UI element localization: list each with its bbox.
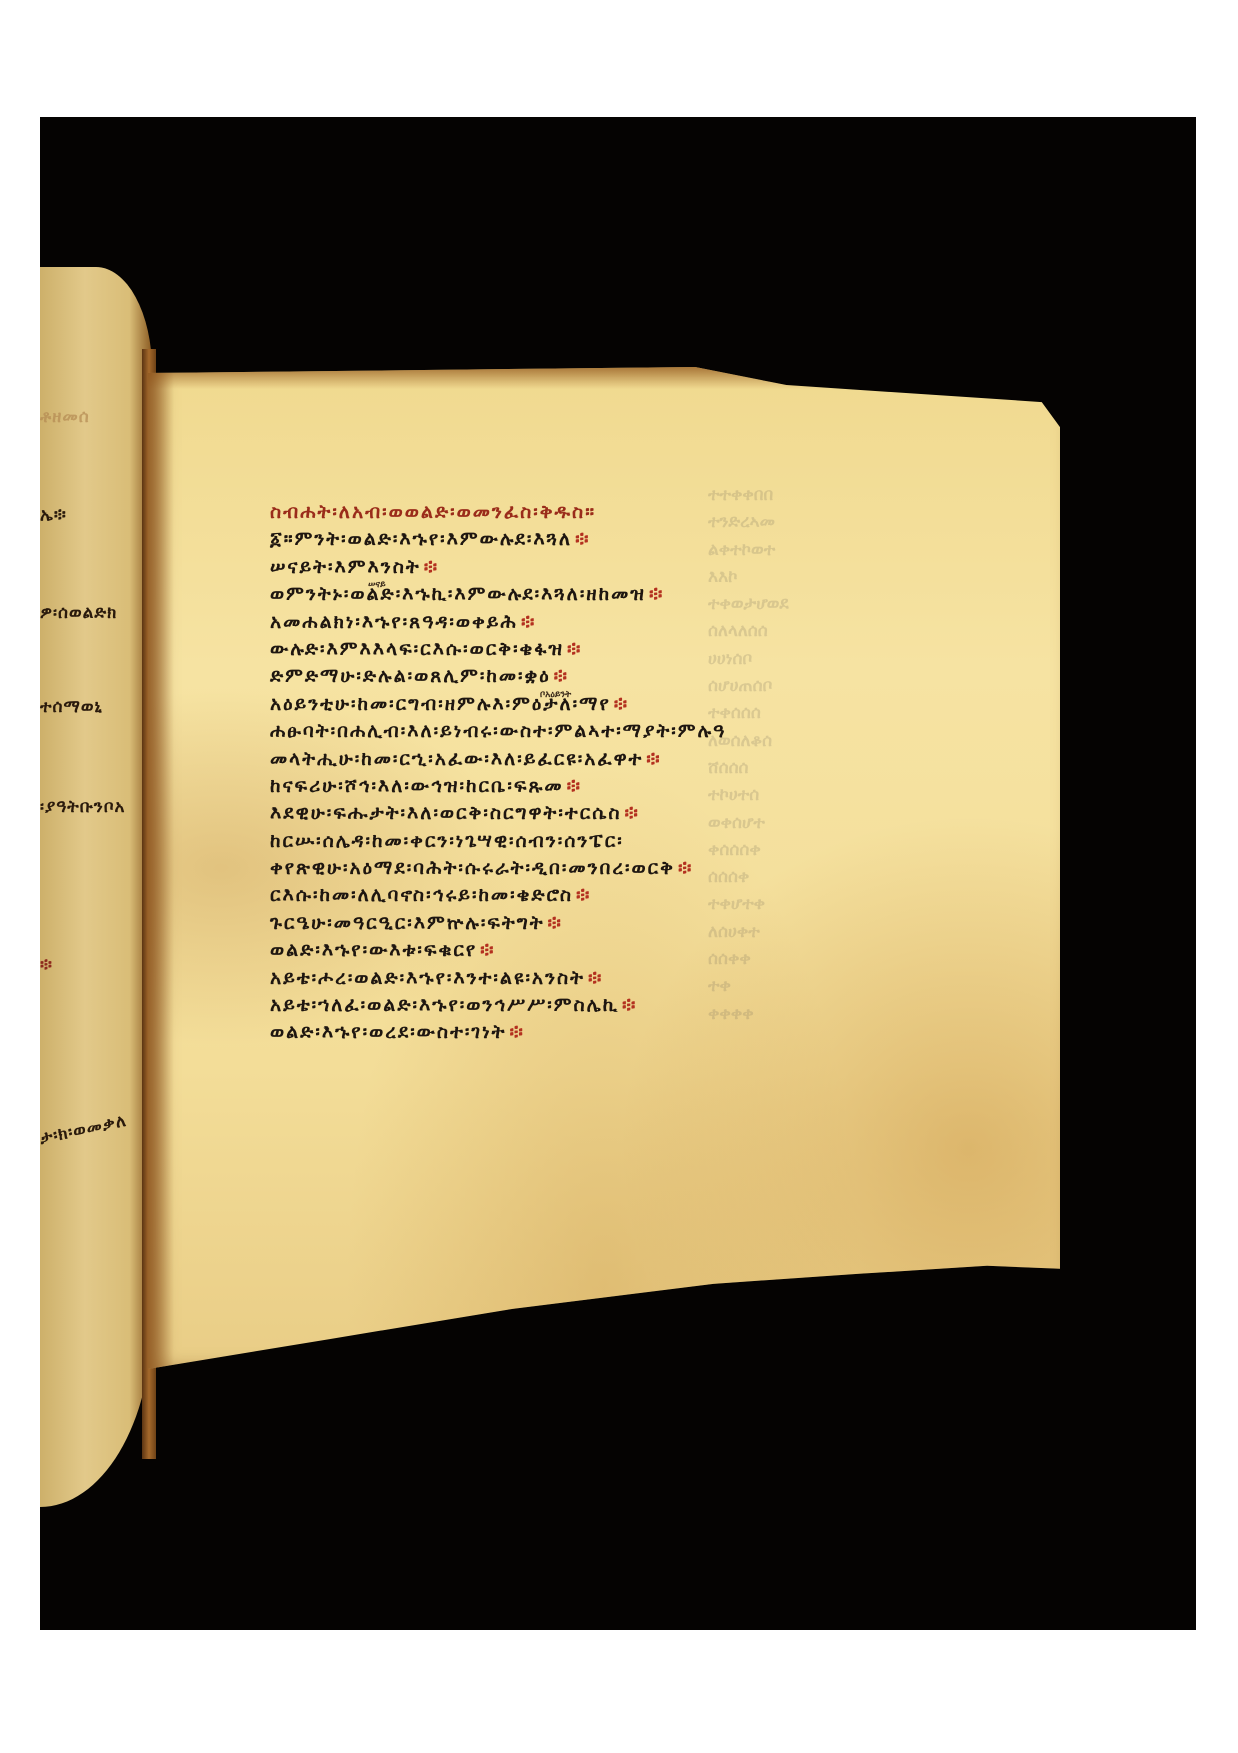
text-line: እደዊሁ፡ፍሑታት፡እለ፡ወርቅ፡ስርግዋት፡ተርሴስ፨ — [270, 800, 970, 827]
red-cross-mark-icon: ፨ — [646, 748, 661, 770]
red-cross-mark-icon: ፨ — [678, 857, 693, 879]
red-cross-mark-icon: ፨ — [548, 912, 563, 934]
left-page-fragment: ፨ — [40, 955, 53, 975]
rubric-heading: ስብሐት፡ለአብ፡ወወልድ፡ወመንፈስ፡ቅዱስ። — [270, 499, 970, 526]
text-line: አይቴ፡ሖረ፡ወልድ፡እኁየ፡እንተ፡ልዩ፡አንስት፨ — [270, 965, 970, 992]
photo-frame: ቶዘመሰ ኤ፨ ዎ፡ሰወልድክ ተሰማወኒ ፡ያዓትቡንቦአ ፨ ታ፡ክ፡ወመቃ… — [40, 117, 1196, 1630]
red-cross-mark-icon: ፨ — [624, 802, 639, 824]
red-cross-mark-icon: ፨ — [622, 994, 637, 1016]
line-text: ፩።ምንት፡ወልድ፡እኁየ፡እምውሉደ፡እጓለ — [270, 528, 572, 550]
line-text: ወልድ፡እኁየ፡ወረደ፡ውስተ፡ገነት — [270, 1021, 506, 1043]
line-text: አመሐልክነ፡እኁየ፡ጸዓዳ፡ወቀይሕ — [270, 611, 518, 633]
text-line: ወልድ፡እኁየ፡ወረደ፡ውስተ፡ገነት፨ — [270, 1019, 970, 1046]
line-text: መላትሒሁ፡ከመ፡ርኂ፡አፈው፡እለ፡ይፈርዩ፡አፈዋተ — [270, 748, 643, 770]
text-line: ቦአዕይንትአዕይንቲሁ፡ከመ፡ርግብ፡ዘምሉእ፡ምዕታለ፡ማየ፨ — [270, 691, 970, 718]
manuscript-text-block: ስብሐት፡ለአብ፡ወወልድ፡ወመንፈስ፡ቅዱስ። ፩።ምንት፡ወልድ፡እኁየ፡እ… — [270, 499, 970, 1047]
red-cross-mark-icon: ፨ — [567, 638, 582, 660]
text-line: አመሐልክነ፡እኁየ፡ጸዓዳ፡ወቀይሕ፨ — [270, 609, 970, 636]
red-cross-mark-icon: ፨ — [567, 775, 582, 797]
line-text: ውሉድ፡እምእእላፍ፡ርእሱ፡ወርቅ፡ቄፋዝ — [270, 638, 564, 660]
text-line: ሠናይወምንትኑ፡ወልድ፡እኁኪ፡እምውሉደ፡እጓለ፡ዘከመዝ፨ — [270, 581, 970, 608]
left-page-fragment: ዎ፡ሰወልድክ — [40, 603, 117, 623]
text-line: ፩።ምንት፡ወልድ፡እኁየ፡እምውሉደ፡እጓለ፨ — [270, 526, 970, 553]
line-text: ከርሡ፡ሰሌዳ፡ከመ፡ቀርን፡ነጌሣዊ፡ሰብን፡ሰንፔር፡ — [270, 830, 624, 852]
text-line: ውሉድ፡እምእእላፍ፡ርእሱ፡ወርቅ፡ቄፋዝ፨ — [270, 636, 970, 663]
line-text: አይቴ፡ሖረ፡ወልድ፡እኁየ፡እንተ፡ልዩ፡አንስት — [270, 967, 585, 989]
line-text: ወልድ፡እኁየ፡ውእቱ፡ፍቁርየ — [270, 939, 477, 961]
red-cross-mark-icon: ፨ — [575, 528, 590, 550]
red-cross-mark-icon: ፨ — [614, 693, 629, 715]
left-page-fragment: ፡ያዓትቡንቦአ — [40, 797, 126, 817]
text-line: ከናፍሪሁ፡ሾኅ፡እለ፡ውኅዝ፡ከርቤ፡ፍጹመ፨ — [270, 773, 970, 800]
text-line: አይቴ፡ኀለፈ፡ወልድ፡እኁየ፡ወንኅሥሥ፡ምስሌኪ፨ — [270, 992, 970, 1019]
line-text: ድምድማሁ፡ድሉል፡ወጸሊም፡ከመ፡ቋዕ — [270, 665, 551, 687]
left-page-fragment: ኤ፨ — [40, 505, 67, 525]
line-text: ጉርዔሁ፡መዓርዒር፡እምኵሉ፡ፍትግት — [270, 912, 545, 934]
text-line: ጉርዔሁ፡መዓርዒር፡እምኵሉ፡ፍትግት፨ — [270, 910, 970, 937]
text-line: ወልድ፡እኁየ፡ውእቱ፡ፍቁርየ፨ — [270, 937, 970, 964]
red-cross-mark-icon: ፨ — [521, 611, 536, 633]
left-page-edge: ቶዘመሰ ኤ፨ ዎ፡ሰወልድክ ተሰማወኒ ፡ያዓትቡንቦአ ፨ ታ፡ክ፡ወመቃ… — [40, 267, 152, 1507]
red-cross-mark-icon: ፨ — [509, 1021, 524, 1043]
left-page-fragment: ታ፡ክ፡ወመቃለ — [40, 1111, 128, 1149]
interlinear-note: ቦአዕይንት — [540, 682, 571, 709]
red-cross-mark-icon: ፨ — [649, 583, 664, 605]
red-cross-mark-icon: ፨ — [576, 884, 591, 906]
left-page-fragment: ተሰማወኒ — [40, 697, 103, 717]
line-text: ወምንትኑ፡ወልድ፡እኁኪ፡እምውሉደ፡እጓለ፡ዘከመዝ — [270, 583, 646, 605]
manuscript-page: ተተቀቀበበ ተንድረኣመ ልቀተኮወተ እእኮ ተቀወታሆወደ ሰለላለሰሰ … — [148, 367, 1060, 1369]
gutter-shadow — [148, 367, 174, 1369]
text-line: መላትሒሁ፡ከመ፡ርኂ፡አፈው፡እለ፡ይፈርዩ፡አፈዋተ፨ — [270, 746, 970, 773]
red-cross-mark-icon: ፨ — [480, 939, 495, 961]
line-text: ቀየጽዊሁ፡አዕማደ፡ባሕት፡ሱሩራት፡ዲበ፡መንበረ፡ወርቅ — [270, 857, 675, 879]
line-text: ሠናይት፡እምእንስት — [270, 556, 421, 578]
text-line: ቀየጽዊሁ፡አዕማደ፡ባሕት፡ሱሩራት፡ዲበ፡መንበረ፡ወርቅ፨ — [270, 855, 970, 882]
left-page-fragment: ቶዘመሰ — [40, 407, 90, 427]
interlinear-note: ሠናይ — [368, 572, 386, 599]
red-cross-mark-icon: ፨ — [424, 556, 439, 578]
text-line: ሐፁባት፡በሐሊብ፡እለ፡ይነብሩ፡ውስተ፡ምልኣተ፡ማያት፡ምሉዓ — [270, 718, 970, 745]
line-text: እደዊሁ፡ፍሑታት፡እለ፡ወርቅ፡ስርግዋት፡ተርሴስ — [270, 802, 621, 824]
text-line: ከርሡ፡ሰሌዳ፡ከመ፡ቀርን፡ነጌሣዊ፡ሰብን፡ሰንፔር፡ — [270, 828, 970, 855]
line-text: ከናፍሪሁ፡ሾኅ፡እለ፡ውኅዝ፡ከርቤ፡ፍጹመ — [270, 775, 564, 797]
line-text: ርእሱ፡ከመ፡ለሊባኖስ፡ኅሩይ፡ከመ፡ቄድሮስ — [270, 884, 573, 906]
line-text: ሐፁባት፡በሐሊብ፡እለ፡ይነብሩ፡ውስተ፡ምልኣተ፡ማያት፡ምሉዓ — [270, 720, 726, 742]
line-text: አይቴ፡ኀለፈ፡ወልድ፡እኁየ፡ወንኅሥሥ፡ምስሌኪ — [270, 994, 619, 1016]
text-line: ርእሱ፡ከመ፡ለሊባኖስ፡ኅሩይ፡ከመ፡ቄድሮስ፨ — [270, 882, 970, 909]
text-line: ድምድማሁ፡ድሉል፡ወጸሊም፡ከመ፡ቋዕ፨ — [270, 663, 970, 690]
red-cross-mark-icon: ፨ — [588, 967, 603, 989]
top-edge-stain — [148, 367, 1060, 389]
